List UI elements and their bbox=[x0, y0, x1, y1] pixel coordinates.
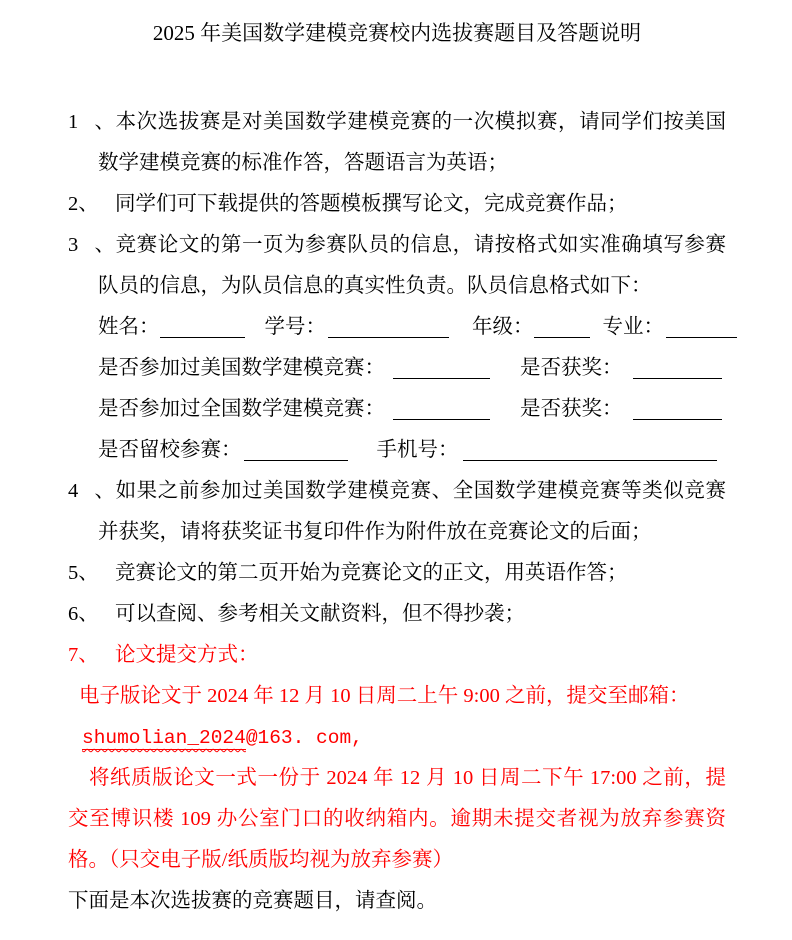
item-3-number: 3、 bbox=[68, 225, 115, 266]
us-award-label: 是否获奖： bbox=[520, 357, 623, 379]
paper-submission-line-1: 将纸质版论文一式一份于 2024 年 12 月 10 日周二下午 17:00 之… bbox=[68, 758, 726, 799]
form-line-us-contest: 是否参加过美国数学建模竞赛：是否获奖： bbox=[68, 348, 726, 389]
student-id-label: 学号： bbox=[265, 316, 327, 338]
cn-contest-label: 是否参加过全国数学建模竞赛： bbox=[98, 398, 385, 420]
item-1-text: 本次选拔赛是对美国数学建模竞赛的一次模拟赛，请同学们按美国 bbox=[115, 111, 726, 133]
form-line-stay-phone: 是否留校参赛：手机号： bbox=[68, 430, 726, 471]
major-blank bbox=[666, 319, 737, 338]
email-line: shumolian_2024@163. com, bbox=[68, 717, 726, 758]
cn-contest-blank bbox=[393, 401, 490, 420]
item-5-text: 竞赛论文的第二页开始为竞赛论文的正文，用英语作答； bbox=[115, 562, 628, 584]
item-1-number: 1、 bbox=[68, 102, 115, 143]
name-label: 姓名： bbox=[98, 316, 160, 338]
electronic-submission-line: 电子版论文于 2024 年 12 月 10 日周二上午 9:00 之前，提交至邮… bbox=[68, 676, 726, 717]
item-6-number: 6、 bbox=[68, 594, 115, 635]
item-7-text: 论文提交方式： bbox=[115, 644, 259, 666]
item-3-text: 竞赛论文的第一页为参赛队员的信息，请按格式如实准确填写参赛 bbox=[115, 234, 726, 256]
closing-line: 下面是本次选拔赛的竞赛题目，请查阅。 bbox=[68, 881, 726, 922]
instruction-item-5: 5、竞赛论文的第二页开始为竞赛论文的正文，用英语作答； bbox=[68, 553, 726, 594]
instruction-item-1-line-2: 数学建模竞赛的标准作答，答题语言为英语； bbox=[68, 143, 726, 184]
item-7-number: 7、 bbox=[68, 635, 115, 676]
form-line-basic-info: 姓名：学号：年级：专业： bbox=[68, 307, 726, 348]
phone-label: 手机号： bbox=[377, 439, 459, 461]
item-2-number: 2、 bbox=[68, 184, 115, 225]
grade-label: 年级： bbox=[472, 316, 534, 338]
paper-submission-line-3: 格。（只交电子版/纸质版均视为放弃参赛） bbox=[68, 840, 726, 881]
item-5-number: 5、 bbox=[68, 553, 115, 594]
document-page: 2025 年美国数学建模竞赛校内选拔赛题目及答题说明 1、本次选拔赛是对美国数学… bbox=[0, 0, 792, 940]
us-award-blank bbox=[633, 360, 722, 379]
item-4-number: 4、 bbox=[68, 471, 115, 512]
major-label: 专业： bbox=[603, 316, 665, 338]
name-blank bbox=[160, 319, 245, 338]
instruction-item-4-line-1: 4、如果之前参加过美国数学建模竞赛、全国数学建模竞赛等类似竞赛 bbox=[68, 471, 726, 512]
item-6-text: 可以查阅、参考相关文献资料，但不得抄袭； bbox=[115, 603, 525, 625]
form-line-cn-contest: 是否参加过全国数学建模竞赛：是否获奖： bbox=[68, 389, 726, 430]
student-id-blank bbox=[328, 319, 449, 338]
instruction-item-3-line-2: 队员的信息，为队员信息的真实性负责。队员信息格式如下： bbox=[68, 266, 726, 307]
stay-blank bbox=[244, 442, 348, 461]
cn-award-label: 是否获奖： bbox=[520, 398, 623, 420]
grade-blank bbox=[534, 319, 590, 338]
instruction-item-3-line-1: 3、竞赛论文的第一页为参赛队员的信息，请按格式如实准确填写参赛 bbox=[68, 225, 726, 266]
instruction-item-4-line-2: 并获奖，请将获奖证书复印件作为附件放在竞赛论文的后面； bbox=[68, 512, 726, 553]
email-link[interactable]: shumolian_2024@163. com, bbox=[82, 727, 363, 750]
instruction-item-7: 7、论文提交方式： bbox=[68, 635, 726, 676]
instruction-item-6: 6、可以查阅、参考相关文献资料，但不得抄袭； bbox=[68, 594, 726, 635]
us-contest-blank bbox=[393, 360, 490, 379]
us-contest-label: 是否参加过美国数学建模竞赛： bbox=[98, 357, 385, 379]
item-2-text: 同学们可下载提供的答题模板撰写论文，完成竞赛作品； bbox=[115, 193, 628, 215]
cn-award-blank bbox=[633, 401, 722, 420]
item-4-text: 如果之前参加过美国数学建模竞赛、全国数学建模竞赛等类似竞赛 bbox=[115, 480, 726, 502]
paper-submission-line-2: 交至博识楼 109 办公室门口的收纳箱内。逾期未提交者视为放弃参赛资 bbox=[68, 799, 726, 840]
phone-blank bbox=[463, 442, 717, 461]
email-domain-part: @163. com, bbox=[246, 727, 363, 749]
page-title: 2025 年美国数学建模竞赛校内选拔赛题目及答题说明 bbox=[68, 16, 726, 50]
instruction-item-1-line-1: 1、本次选拔赛是对美国数学建模竞赛的一次模拟赛，请同学们按美国 bbox=[68, 102, 726, 143]
email-user-part: shumolian_2024 bbox=[82, 727, 246, 750]
stay-label: 是否留校参赛： bbox=[98, 439, 242, 461]
instruction-item-2: 2、同学们可下载提供的答题模板撰写论文，完成竞赛作品； bbox=[68, 184, 726, 225]
